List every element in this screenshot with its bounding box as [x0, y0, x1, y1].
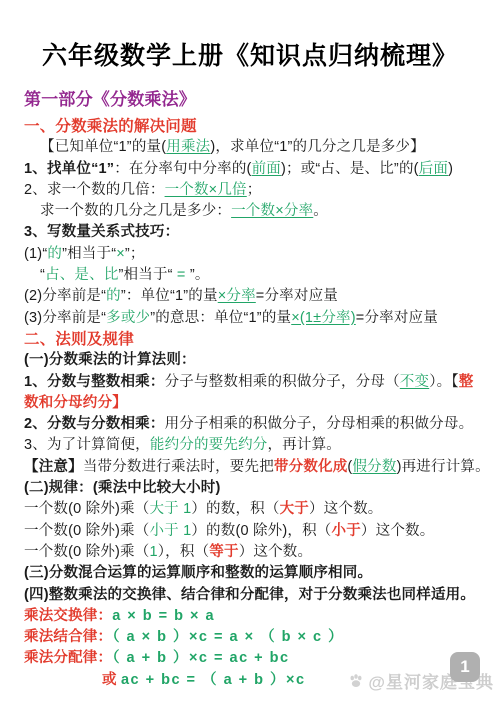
text-segment: ”；	[125, 246, 145, 262]
text-line: 【注意】当带分数进行乘法时，要先把带分数化成(假分数)再进行计算。	[24, 457, 490, 478]
text-segment: )；或“占、是、比”的(	[281, 161, 419, 177]
text-segment: ”：单位“1”的量	[121, 288, 218, 304]
text-segment: 整	[459, 374, 474, 390]
text-segment: 。	[313, 203, 328, 219]
text-segment: ）这个数。	[309, 501, 383, 517]
text-segment: 一个数(0 除外)乘（	[24, 544, 149, 560]
text-segment: ）。【	[429, 374, 459, 390]
text-segment: 的	[47, 246, 62, 262]
text-segment: (二)规律：(乘法中比较大小时)	[24, 480, 221, 496]
text-segment: 的	[106, 288, 121, 304]
text-line: 第一部分《分数乘法》	[24, 88, 490, 112]
text-segment: ×	[116, 246, 125, 262]
text-segment: 1、找单位“1”	[24, 161, 114, 177]
text-segment: ）的数(0 除外)，积（	[191, 523, 331, 539]
text-segment: ac + bc = （ a + b ）×c	[121, 672, 306, 688]
paw-icon	[347, 672, 365, 690]
text-line: 数和分母约分】	[24, 393, 490, 414]
text-segment: 第一部分《分数乘法》	[24, 90, 196, 109]
text-segment: 前面	[252, 161, 281, 177]
text-segment: 1、分数与整数相乘：	[24, 374, 165, 390]
text-segment: ，再计算。	[267, 437, 341, 453]
text-line: 【已知单位“1”的量(用乘法)，求单位“1”的几分之几是多少】	[24, 137, 490, 158]
text-segment: 乘法交换律：	[24, 608, 112, 624]
text-line: 一个数(0 除外)乘（小于 1）的数(0 除外)，积（小于）这个数。	[24, 521, 490, 542]
text-line: (四)整数乘法的交换律、结合律和分配律，对于分数乘法也同样适用。	[24, 585, 490, 606]
text-segment: 3、写数量关系式技巧：	[24, 224, 179, 240]
text-line: 1、找单位“1”：在分率句中分率的(前面)；或“占、是、比”的(后面)	[24, 159, 490, 180]
text-line: “占、是、比”相当于“ = ”。	[24, 265, 490, 286]
text-line: (2)分率前是“的”：单位“1”的量×分率=分率对应量	[24, 286, 490, 307]
text-segment: 一个数×分率	[231, 203, 313, 219]
text-line: (一)分数乘法的计算法则：	[24, 350, 490, 371]
text-line: 2、求一个数的几倍：一个数×几倍；	[24, 180, 490, 201]
text-segment: 一个数(0 除外)乘（	[24, 523, 149, 539]
text-segment: ；	[247, 182, 262, 198]
text-segment: 等于	[209, 544, 238, 560]
text-segment: )	[448, 161, 453, 177]
text-segment: 多或少	[106, 310, 150, 326]
text-segment: 小于	[332, 523, 361, 539]
text-segment: 【已知单位“1”的量(	[40, 139, 166, 155]
text-segment: 分子与整数相乘的积做分子，分母（	[165, 374, 400, 390]
text-line: 二、法则及规律	[24, 329, 490, 350]
text-segment: =分率对应量	[356, 310, 438, 326]
text-segment: ”。	[190, 267, 210, 283]
text-segment: 占、是、比	[45, 267, 119, 283]
text-segment: ”相当于“	[62, 246, 116, 262]
text-line: 3、为了计算简便，能约分的要先约分，再计算。	[24, 435, 490, 456]
text-segment: (3)分率前是“	[24, 310, 106, 326]
text-segment: )，求单位“1”的几分之几是多少】	[210, 139, 424, 155]
text-segment: 3、为了计算简便，	[24, 437, 150, 453]
text-line: (二)规律：(乘法中比较大小时)	[24, 478, 490, 499]
text-segment: 一个数×几倍	[165, 182, 247, 198]
text-segment: 假分数	[352, 459, 396, 475]
text-segment: )再进行计算。	[397, 459, 490, 475]
text-segment: 后面	[419, 161, 448, 177]
text-segment: ），积（	[158, 544, 210, 560]
text-line: 求一个数的几分之几是多少：一个数×分率。	[24, 201, 490, 222]
text-segment: (三)分数混合运算的运算顺序和整数的运算顺序相同。	[24, 565, 372, 581]
text-line: 一、分数乘法的解决问题	[24, 116, 490, 137]
text-line: 3、写数量关系式技巧：	[24, 222, 490, 243]
text-segment: ）这个数。	[361, 523, 435, 539]
text-segment: 二、法则及规律	[24, 331, 134, 348]
text-segment: =分率对应量	[256, 288, 338, 304]
text-segment: (2)分率前是“	[24, 288, 106, 304]
text-segment: 当带分数进行乘法时，要先把	[83, 459, 274, 475]
text-segment: ”相当于“	[119, 267, 173, 283]
text-segment: 一个数(0 除外)乘（	[24, 501, 149, 517]
text-segment: ）的数，积（	[191, 501, 279, 517]
text-line: 一个数(0 除外)乘（大于 1）的数，积（大于）这个数。	[24, 499, 490, 520]
text-segment: 2、分数与分数相乘：	[24, 416, 165, 432]
text-segment: 用分子相乘的积做分子，分母相乘的积做分母。	[165, 416, 474, 432]
text-segment: ：在分率句中分率的(	[114, 161, 251, 177]
text-segment: 乘法分配律：	[24, 650, 112, 666]
text-segment: 一、分数乘法的解决问题	[24, 118, 197, 135]
text-segment: (一)分数乘法的计算法则：	[24, 352, 196, 368]
text-segment: 小于 1	[149, 523, 191, 539]
text-segment: (1)“	[24, 246, 47, 262]
text-segment: ”的意思：单位“1”的量	[150, 310, 291, 326]
text-line: (3)分率前是“多或少”的意思：单位“1”的量×(1±分率)=分率对应量	[24, 308, 490, 329]
text-segment: 大于 1	[149, 501, 191, 517]
text-line: 1、分数与整数相乘：分子与整数相乘的积做分子，分母（不变）。【整	[24, 372, 490, 393]
text-segment: 或	[102, 672, 121, 688]
text-segment: 【注意】	[24, 459, 83, 475]
text-segment: 乘法结合律：	[24, 629, 112, 645]
text-segment: ）这个数。	[239, 544, 313, 560]
document-page: 六年级数学上册《知识点归纳梳理》 第一部分《分数乘法》一、分数乘法的解决问题【已…	[0, 0, 500, 707]
text-line: 乘法结合律：（ a × b ）×c = a × （ b × c ）	[24, 627, 490, 648]
text-segment: ×分率	[218, 288, 256, 304]
content-lines: 第一部分《分数乘法》一、分数乘法的解决问题【已知单位“1”的量(用乘法)，求单位…	[24, 88, 490, 691]
text-segment: =	[173, 267, 190, 283]
text-segment: （ a × b ）×c = a × （ b × c ）	[112, 629, 344, 645]
text-line: 乘法分配律：（ a + b ）×c = ac + bc	[24, 648, 490, 669]
page-number-badge: 1	[450, 652, 480, 682]
text-line: (1)“的”相当于“×”；	[24, 244, 490, 265]
page-title: 六年级数学上册《知识点归纳梳理》	[0, 0, 500, 72]
page-number: 1	[460, 657, 469, 677]
text-line: (三)分数混合运算的运算顺序和整数的运算顺序相同。	[24, 563, 490, 584]
text-segment: 2、求一个数的几倍：	[24, 182, 165, 198]
text-segment: 数和分母约分】	[24, 395, 127, 411]
text-segment: a × b = b × a	[112, 608, 215, 624]
text-line: 乘法交换律：a × b = b × a	[24, 606, 490, 627]
text-segment: 求一个数的几分之几是多少：	[40, 203, 231, 219]
text-segment: 用乘法	[166, 139, 210, 155]
text-line: 2、分数与分数相乘：用分子相乘的积做分子，分母相乘的积做分母。	[24, 414, 490, 435]
text-segment: (四)整数乘法的交换律、结合律和分配律，对于分数乘法也同样适用。	[24, 587, 475, 603]
text-segment: ×(1±分率)	[291, 310, 356, 326]
text-segment: 带分数化成	[274, 459, 348, 475]
text-segment: 不变	[400, 374, 429, 390]
text-line: 一个数(0 除外)乘（1），积（等于）这个数。	[24, 542, 490, 563]
text-segment: 大于	[280, 501, 309, 517]
text-segment: 1	[149, 544, 157, 560]
text-segment: （ a + b ）×c = ac + bc	[112, 650, 289, 666]
text-segment: 能约分的要先约分	[150, 437, 268, 453]
